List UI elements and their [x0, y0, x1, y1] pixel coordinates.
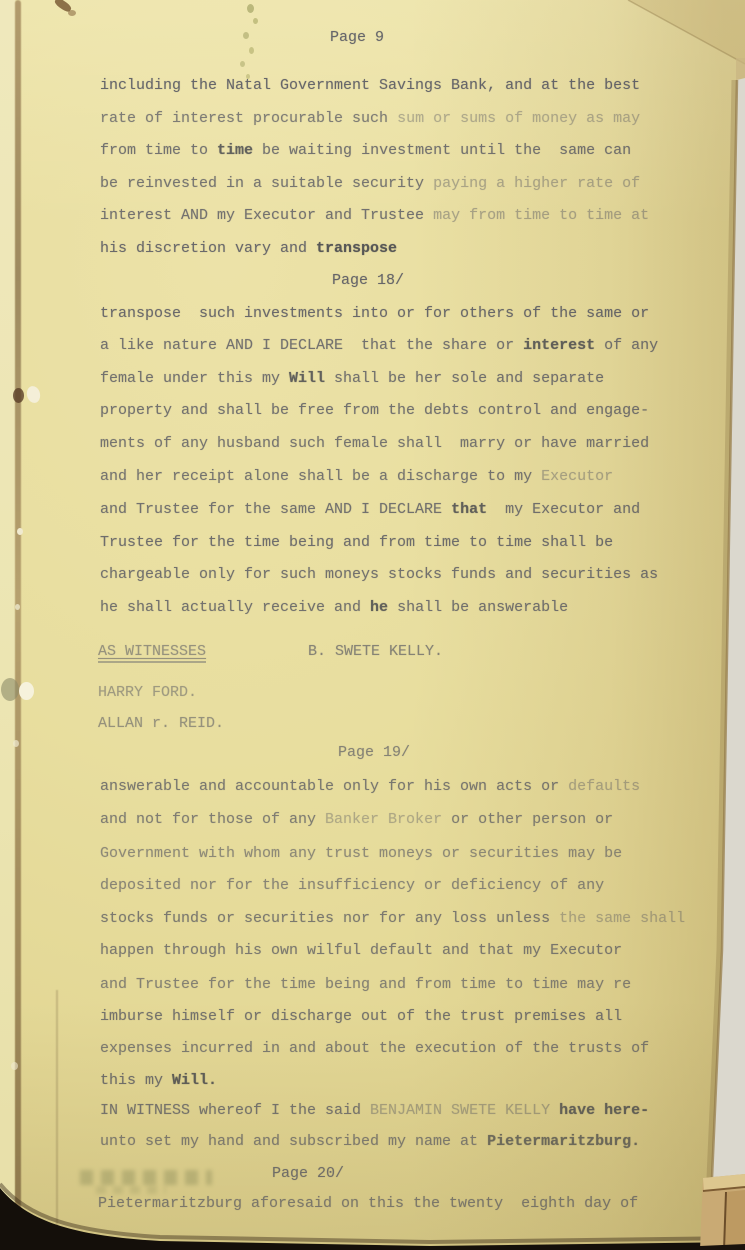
text-segment: and Trustee for the same AND I DECLARE [100, 501, 451, 518]
text-segment: answerable and accountable only for his … [100, 778, 568, 795]
text-segment: he shall actually receive and [100, 599, 370, 616]
text-line: HARRY FORD. [98, 683, 197, 702]
text-line: ments of any husband such female shall m… [100, 434, 649, 453]
text-line: ALLAN r. REID. [98, 714, 224, 733]
text-segment: deposited nor for the insufficiency or d… [100, 877, 604, 894]
text-line: Trustee for the time being and from time… [100, 533, 613, 552]
text-segment: his discretion vary and [100, 240, 316, 257]
text-line: Page 18/ [332, 271, 404, 290]
text-segment: unto set my hand and subscribed my name … [100, 1133, 487, 1150]
text-line: this my Will. [100, 1071, 217, 1090]
text-segment: chargeable only for such moneys stocks f… [100, 566, 658, 583]
text-segment: this my [100, 1072, 172, 1089]
text-segment: Will. [172, 1072, 217, 1089]
text-segment: time [217, 142, 253, 159]
text-segment: transpose such investments into or for o… [100, 305, 649, 322]
text-segment: shall be her sole and separate [325, 370, 604, 387]
text-line: AS WITNESSES [98, 642, 206, 661]
text-line: he shall actually receive and he shall b… [100, 598, 568, 617]
text-segment: B. SWETE KELLY. [308, 643, 443, 660]
text-segment: ments of any husband such female shall m… [100, 435, 649, 452]
text-line: and Trustee for the same AND I DECLARE t… [100, 500, 640, 519]
text-segment: or other person or [442, 811, 613, 828]
text-line: interest AND my Executor and Trustee may… [100, 206, 649, 225]
text-line: Page 9 [330, 28, 384, 47]
text-line: and not for those of any Banker Broker o… [100, 810, 613, 829]
text-segment: my Executor and [487, 501, 640, 518]
text-line: and Trustee for the time being and from … [100, 975, 631, 994]
text-segment: of any [595, 337, 658, 354]
text-line: imburse himself or discharge out of the … [100, 1007, 622, 1026]
text-segment: may from time to time at [424, 207, 649, 224]
text-line: deposited nor for the insufficiency or d… [100, 876, 604, 895]
text-line: a like nature AND I DECLARE that the sha… [100, 336, 658, 355]
scanned-document-page: Page 9including the Natal Government Sav… [0, 0, 745, 1250]
text-line: transpose such investments into or for o… [100, 304, 649, 323]
text-segment: have here- [550, 1102, 649, 1119]
text-segment: Government with whom any trust moneys or… [100, 845, 622, 862]
text-line: female under this my Will shall be her s… [100, 369, 604, 388]
text-segment: he [370, 599, 388, 616]
text-line: happen through his own wilful default an… [100, 941, 622, 960]
text-segment: a like nature AND I DECLARE that the sha… [100, 337, 523, 354]
text-line: property and shall be free from the debt… [100, 401, 649, 420]
text-segment: stocks funds or securities nor for any l… [100, 910, 559, 927]
text-segment: interest [523, 337, 595, 354]
text-line: Government with whom any trust moneys or… [100, 844, 622, 863]
text-line: Page 19/ [338, 743, 410, 762]
text-segment: rate of interest procurable such [100, 110, 397, 127]
text-segment: including the Natal Government Savings B… [100, 77, 640, 94]
text-segment: imburse himself or discharge out of the … [100, 1008, 622, 1025]
text-line: be reinvested in a suitable security pay… [100, 174, 640, 193]
text-segment: that [451, 501, 487, 518]
text-segment: Page 9 [330, 29, 384, 46]
text-segment: and Trustee for the time being and from … [100, 976, 631, 993]
text-line: rate of interest procurable such sum or … [100, 109, 640, 128]
text-segment: Page 20/ [272, 1165, 344, 1182]
text-line: Pietermaritzburg aforesaid on this the t… [98, 1194, 638, 1213]
text-segment: and not for those of any [100, 811, 325, 828]
text-segment: and her receipt alone shall be a dischar… [100, 468, 541, 485]
text-line: unto set my hand and subscribed my name … [100, 1132, 640, 1151]
text-segment: shall be answerable [388, 599, 568, 616]
text-segment: happen through his own wilful default an… [100, 942, 622, 959]
text-segment: Will [289, 370, 325, 387]
text-segment: AS WITNESSES [98, 643, 206, 663]
text-line: his discretion vary and transpose [100, 239, 397, 258]
text-segment: BENJAMIN SWETE KELLY [370, 1102, 550, 1119]
text-segment: ALLAN r. REID. [98, 715, 224, 732]
text-line: chargeable only for such moneys stocks f… [100, 565, 658, 584]
text-segment: Pietermaritzburg. [487, 1133, 640, 1150]
text-segment: Executor [541, 468, 613, 485]
text-line: answerable and accountable only for his … [100, 777, 640, 796]
text-segment: from time to [100, 142, 217, 159]
text-segment: transpose [316, 240, 397, 257]
text-line: expenses incurred in and about the execu… [100, 1039, 649, 1058]
text-line: including the Natal Government Savings B… [100, 76, 640, 95]
text-segment: interest AND my Executor and Trustee [100, 207, 424, 224]
text-segment: property and shall be free from the debt… [100, 402, 649, 419]
text-segment: Page 19/ [338, 744, 410, 761]
text-line: Page 20/ [272, 1164, 344, 1183]
text-line: IN WITNESS whereof I the said BENJAMIN S… [100, 1101, 649, 1120]
text-line: from time to time be waiting investment … [100, 141, 631, 160]
typewritten-text-layer: Page 9including the Natal Government Sav… [0, 0, 745, 1250]
text-line: and her receipt alone shall be a dischar… [100, 467, 613, 486]
text-segment: sum or sums of money as may [397, 110, 640, 127]
text-segment: paying a higher rate of [424, 175, 640, 192]
text-segment: defaults [568, 778, 640, 795]
text-segment: be reinvested in a suitable security [100, 175, 424, 192]
text-segment: HARRY FORD. [98, 684, 197, 701]
text-segment: expenses incurred in and about the execu… [100, 1040, 649, 1057]
text-segment: Pietermaritzburg aforesaid on this the t… [98, 1195, 638, 1212]
text-segment: Banker Broker [325, 811, 442, 828]
text-segment: the same shall [559, 910, 685, 927]
text-segment: female under this my [100, 370, 289, 387]
text-line: stocks funds or securities nor for any l… [100, 909, 685, 928]
text-segment: Page 18/ [332, 272, 404, 289]
text-segment: Trustee for the time being and from time… [100, 534, 613, 551]
text-segment: IN WITNESS whereof I the said [100, 1102, 370, 1119]
text-line: B. SWETE KELLY. [308, 642, 443, 661]
text-segment: be waiting investment until the same can [253, 142, 631, 159]
